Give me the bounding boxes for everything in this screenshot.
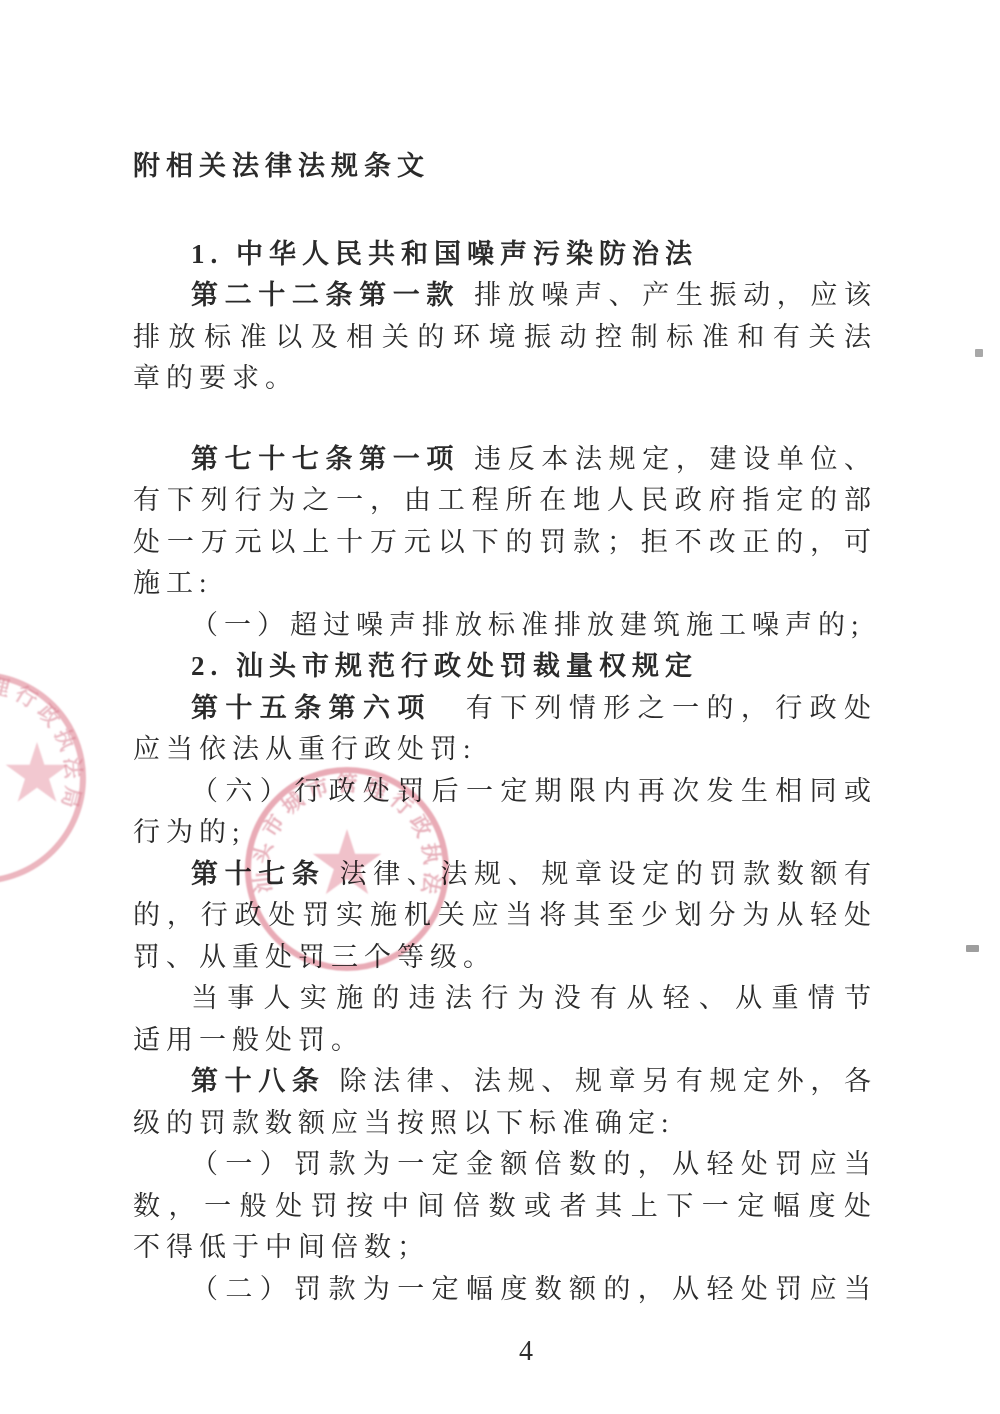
text-run: 施工:: [133, 568, 213, 598]
text-line: 第七十七条第一项违反本法规定，建设单位、施工单位: [133, 439, 877, 481]
text-run: 行为的;: [133, 817, 246, 847]
text-run: 有下列行为之一，由工程所在地人民政府指定的部门责令改正，: [133, 485, 877, 522]
text-line: 第十八条除法律、法规、规章另有规定外，各个处罚等: [133, 1061, 877, 1103]
scan-speck: [975, 349, 983, 357]
text-run: 适用一般处罚。: [133, 1025, 364, 1055]
article-lead: 第十八条: [191, 1066, 326, 1096]
seal-ring: [0, 675, 83, 881]
text-line: 有下列行为之一，由工程所在地人民政府指定的部门责令改正，: [133, 480, 877, 522]
article-lead: 第七十七条第一项: [191, 444, 460, 474]
text-run: （一）超过噪声排放标准排放建筑施工噪声的;: [191, 610, 865, 640]
law-title-2: 2. 汕头市规范行政处罚裁量权规定: [133, 646, 877, 688]
text-run: 罚、从重处罚三个等级。: [133, 942, 496, 972]
article-lead: 第二十二条第一款: [191, 280, 460, 310]
text-run: 不得低于中间倍数；: [133, 1232, 430, 1262]
text-line: （二）罚款为一定幅度数额的，从轻处罚应当低于最高罚: [133, 1269, 877, 1311]
scanned-document-page: 附相关法律法规条文1. 中华人民共和国噪声污染防治法第二十二条第一款排放噪声、产…: [0, 0, 1000, 1414]
text-line: （一）罚款为一定金额倍数的，从轻处罚应当低于中间倍: [133, 1144, 877, 1186]
text-run: （二）罚款为一定幅度数额的，从轻处罚应当低于最高罚: [191, 1274, 877, 1311]
text-line: 第十五条第六项有下列情形之一的，行政处罚实施机关: [133, 688, 877, 730]
text-line: 排放标准以及相关的环境振动控制标准和有关法律、法规、规: [133, 317, 877, 359]
text-line: 行为的;: [133, 812, 877, 854]
seal-star-icon: [6, 742, 69, 802]
document-body-text: 附相关法律法规条文1. 中华人民共和国噪声污染防治法第二十二条第一款排放噪声、产…: [133, 146, 877, 1310]
text-run: 级的罚款数额应当按照以下标准确定:: [133, 1108, 675, 1138]
scan-speck: [966, 945, 979, 952]
partial-paging-seal-left-edge: 汕头市城市管理行政执法局: [0, 661, 97, 895]
text-run: （一）罚款为一定金额倍数的，从轻处罚应当低于中间倍: [191, 1149, 877, 1186]
article-lead: 第十五条第六项: [191, 693, 432, 723]
text-line: 级的罚款数额应当按照以下标准确定:: [133, 1103, 877, 1145]
text-run: 应当依法从重行政处罚:: [133, 734, 477, 764]
text-run: 章的要求。: [133, 363, 298, 393]
attachment-heading: 附相关法律法规条文: [133, 146, 877, 188]
text-run: 排放标准以及相关的环境振动控制标准和有关法律、法规、规: [133, 322, 877, 359]
text-run: 处一万元以上十万元以下的罚款；拒不改正的，可以责令暂停: [133, 527, 877, 564]
text-line: 施工:: [133, 563, 877, 605]
text-run: 当事人实施的违法行为没有从轻、从重情节的，应当对其: [191, 983, 877, 1020]
page-number: 4: [519, 1336, 533, 1368]
text-line: 第二十二条第一款排放噪声、产生振动，应该符合噪声: [133, 275, 877, 317]
text-line: 数，一般处罚按中间倍数或者其上下一定幅度处罚，从重处罚: [133, 1186, 877, 1228]
text-line: 不得低于中间倍数；: [133, 1227, 877, 1269]
article-lead: 第十七条: [191, 859, 326, 889]
text-run: 的，行政处罚实施机关应当将其至少划分为从轻处罚、一般处: [133, 900, 877, 937]
text-line: 的，行政处罚实施机关应当将其至少划分为从轻处罚、一般处: [133, 895, 877, 937]
text-line: 处一万元以上十万元以下的罚款；拒不改正的，可以责令暂停: [133, 522, 877, 564]
text-line: 当事人实施的违法行为没有从轻、从重情节的，应当对其: [133, 978, 877, 1020]
text-line: 章的要求。: [133, 358, 877, 400]
law-title-1: 1. 中华人民共和国噪声污染防治法: [133, 234, 877, 276]
text-line: 应当依法从重行政处罚:: [133, 729, 877, 771]
article-lead: 附相关法律法规条文: [133, 151, 430, 181]
text-line: 适用一般处罚。: [133, 1020, 877, 1062]
text-run: 数，一般处罚按中间倍数或者其上下一定幅度处罚，从重处罚: [133, 1191, 877, 1228]
article-lead: 1. 中华人民共和国噪声污染防治法: [191, 239, 698, 269]
article-lead: 2. 汕头市规范行政处罚裁量权规定: [191, 651, 698, 681]
text-run: （六）行政处罚后一定期限内再次发生相同或者类似违法: [191, 776, 877, 813]
text-line: （一）超过噪声排放标准排放建筑施工噪声的;: [133, 605, 877, 647]
svg-text:汕头市城市管理行政执法局: 汕头市城市管理行政执法局: [0, 672, 86, 816]
text-line: 罚、从重处罚三个等级。: [133, 937, 877, 979]
text-line: 第十七条法律、法规、规章设定的罚款数额有一定幅度: [133, 854, 877, 896]
seal-arc-text: 汕头市城市管理行政执法局: [0, 672, 86, 816]
text-line: （六）行政处罚后一定期限内再次发生相同或者类似违法: [133, 771, 877, 813]
